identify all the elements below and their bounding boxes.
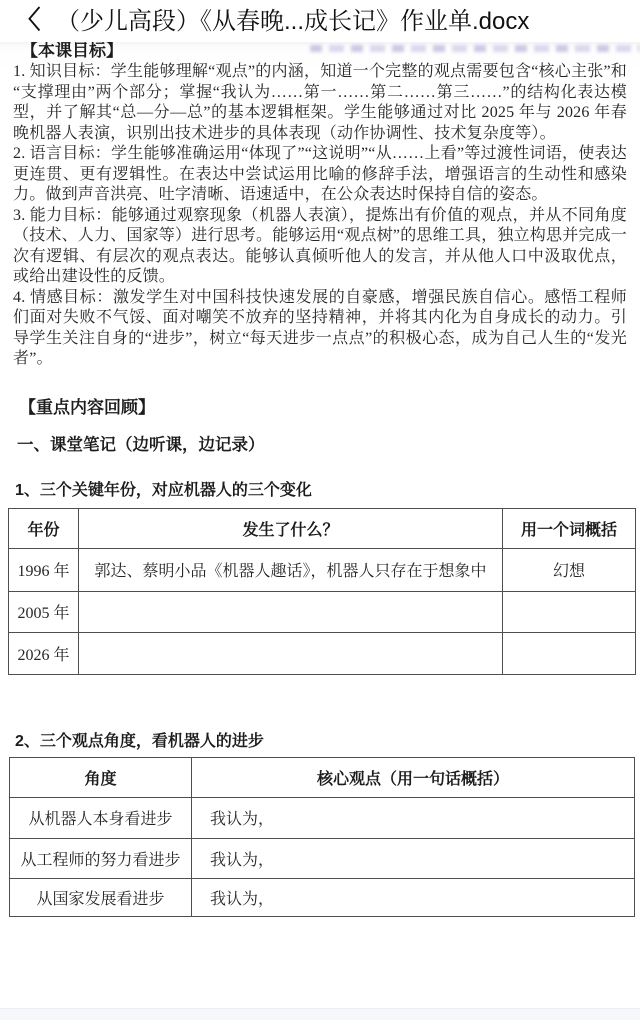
cell-summary-2005 xyxy=(503,591,636,632)
cell-event-1996: 郭达、蔡明小品《机器人趣话》，机器人只存在于想象中 xyxy=(79,548,503,591)
paragraph-emotion-goal: 4. 情感目标：激发学生对中国科技快速发展的自豪感，增强民族自信心。感悟工程师们… xyxy=(13,288,627,370)
cell-summary-2026 xyxy=(503,632,636,674)
column-header-core-viewpoint: 核心观点（用一句话概括） xyxy=(192,757,635,797)
column-header-angle: 角度 xyxy=(10,757,192,797)
cell-event-2005 xyxy=(79,591,503,632)
table-row: 从国家发展看进步 我认为， xyxy=(10,878,635,916)
column-header-what-happened: 发生了什么？ xyxy=(79,508,503,548)
cell-year-2005: 2005 年 xyxy=(9,591,79,632)
app-header: 〈 （少儿高段）《从春晚...成长记》作业单.docx xyxy=(0,0,640,42)
cell-event-2026 xyxy=(79,632,503,674)
cell-viewpoint-robot-itself: 我认为， xyxy=(192,797,635,838)
paragraph-language-goal: 2. 语言目标：学生能够准确运用“体现了”“这说明”“从……上看”等过渡性词语，… xyxy=(13,144,627,206)
cell-angle-national-development: 从国家发展看进步 xyxy=(10,878,192,916)
table-row: 从机器人本身看进步 我认为， xyxy=(10,797,635,838)
document-scroll-area[interactable]: 【本课目标】 1. 知识目标：学生能够理解“观点”的内涵，知道一个完整的观点需要… xyxy=(0,42,640,1008)
document-content: 【本课目标】 1. 知识目标：学生能够理解“观点”的内涵，知道一个完整的观点需要… xyxy=(0,42,640,917)
back-icon[interactable]: 〈 xyxy=(0,0,56,42)
table-header-row: 年份 发生了什么？ 用一个词概括 xyxy=(9,508,636,548)
table-three-key-years: 年份 发生了什么？ 用一个词概括 1996 年 郭达、蔡明小品《机器人趣话》，机… xyxy=(8,508,636,675)
block-title-three-key-years: 1、三个关键年份，对应机器人的三个变化 xyxy=(15,477,627,500)
cell-year-1996: 1996 年 xyxy=(9,548,79,591)
paragraph-knowledge-goal: 1. 知识目标：学生能够理解“观点”的内涵，知道一个完整的观点需要包含“核心主张… xyxy=(13,62,627,144)
paragraph-ability-goal: 3. 能力目标：能够通过观察现象（机器人表演），提炼出有价值的观点，并从不同角度… xyxy=(13,206,627,288)
bottom-system-strip xyxy=(0,1008,640,1020)
subsection-classroom-notes: 一、课堂笔记（边听课，边记录） xyxy=(17,431,627,455)
section-title-key-content-review: 【重点内容回顾】 xyxy=(19,393,627,418)
cell-viewpoint-engineer-effort: 我认为， xyxy=(192,838,635,878)
table-row: 2026 年 xyxy=(9,632,636,674)
cell-angle-engineer-effort: 从工程师的努力看进步 xyxy=(10,838,192,878)
cell-year-2026: 2026 年 xyxy=(9,632,79,674)
column-header-year: 年份 xyxy=(9,508,79,548)
table-three-viewpoints: 角度 核心观点（用一句话概括） 从机器人本身看进步 我认为， 从工程师的努力看进… xyxy=(9,757,635,917)
table-row: 2005 年 xyxy=(9,591,636,632)
cell-summary-1996: 幻想 xyxy=(503,548,636,591)
blurred-text-remnant xyxy=(310,45,640,52)
cell-viewpoint-national-development: 我认为， xyxy=(192,878,635,916)
block-title-three-viewpoints: 2、三个观点角度，看机器人的进步 xyxy=(15,728,627,751)
table-row: 1996 年 郭达、蔡明小品《机器人趣话》，机器人只存在于想象中 幻想 xyxy=(9,548,636,591)
cell-angle-robot-itself: 从机器人本身看进步 xyxy=(10,797,192,838)
column-header-one-word-summary: 用一个词概括 xyxy=(503,508,636,548)
table-header-row: 角度 核心观点（用一句话概括） xyxy=(10,757,635,797)
document-title: （少儿高段）《从春晚...成长记》作业单.docx xyxy=(56,1,640,42)
table-row: 从工程师的努力看进步 我认为， xyxy=(10,838,635,878)
